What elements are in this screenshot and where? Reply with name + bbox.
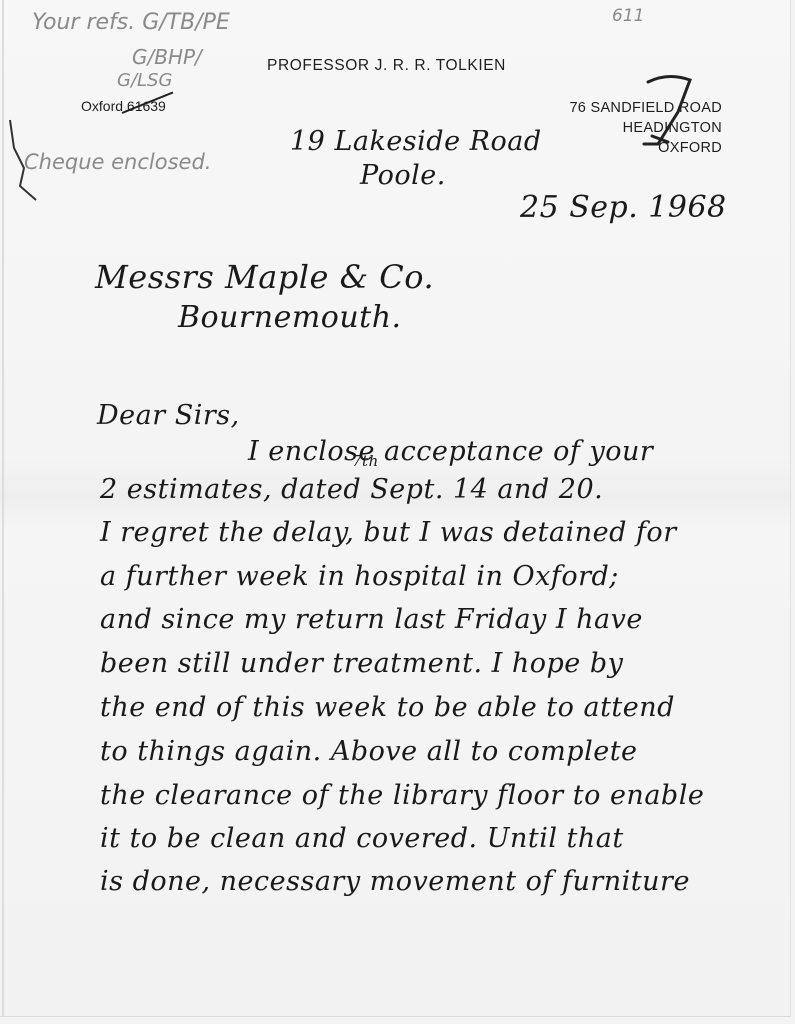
address-strikeout-mark <box>638 72 698 152</box>
pencil-refs-line-1: Your refs. G/TB/PE <box>32 10 230 35</box>
body-line-9: the clearance of the library floor to en… <box>100 780 704 811</box>
body-line-1: I enclose acceptance of your <box>248 436 653 467</box>
body-line-4: a further week in hospital in Oxford; <box>100 561 619 592</box>
pencil-margin-note: Cheque enclosed. <box>24 150 211 174</box>
letter-page: Your refs. G/TB/PE G/BHP/ G/LSG 611 Cheq… <box>0 0 791 1017</box>
handwritten-address-line-1: 19 Lakeside Road <box>290 126 542 157</box>
body-line-5: and since my return last Friday I have <box>100 604 643 635</box>
body-line-2: 2 estimates, dated Sept. 14 and 20. <box>100 474 603 505</box>
body-line-8: to things again. Above all to complete <box>100 736 638 767</box>
body-line-7: the end of this week to be able to atten… <box>100 692 675 723</box>
letter-date: 25 Sep. 1968 <box>520 190 727 225</box>
body-line-11: is done, necessary movement of furniture <box>100 866 690 897</box>
recipient-line-2: Bournemouth. <box>178 300 402 335</box>
body-line-3: I regret the delay, but I was detained f… <box>100 517 677 548</box>
handwritten-address-line-2: Poole. <box>360 160 446 191</box>
salutation: Dear Sirs, <box>97 400 240 431</box>
body-line-6: been still under treatment. I hope by <box>100 648 623 679</box>
letterhead-name: PROFESSOR J. R. R. TOLKIEN <box>267 57 506 75</box>
recipient-line-1: Messrs Maple & Co. <box>95 258 434 296</box>
pencil-page-number: 611 <box>612 6 644 26</box>
pencil-refs-line-2: G/BHP/ <box>132 45 202 69</box>
margin-bracket-mark <box>4 118 44 248</box>
insertion-superscript: 7th <box>352 452 379 470</box>
pencil-refs-line-3: G/LSG <box>117 70 172 91</box>
body-line-10: it to be clean and covered. Until that <box>100 823 624 854</box>
